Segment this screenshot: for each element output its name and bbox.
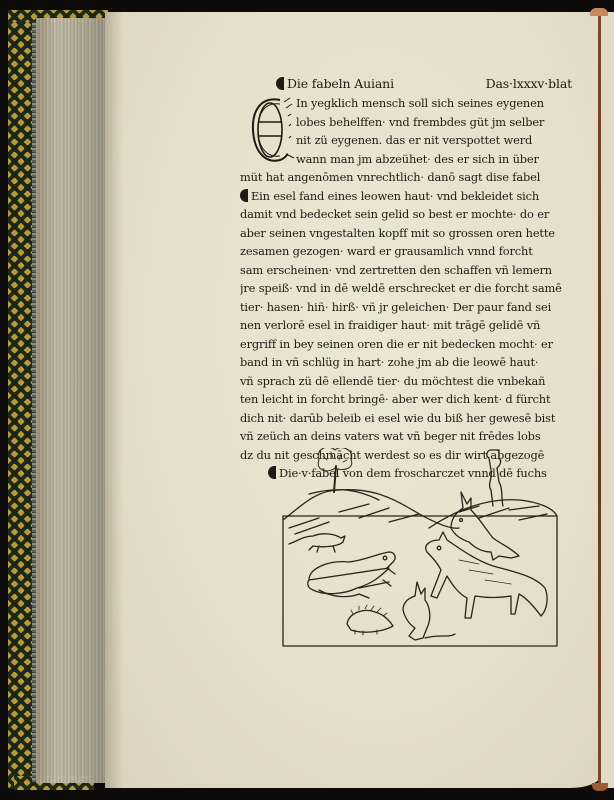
text-line: jre speiß· vnd in dē weldē erschrecket e…	[240, 279, 580, 298]
headband-bottom	[592, 783, 608, 791]
text-line: tier· hasen· hiñ· hirß· vñ jr geleichen·…	[240, 298, 580, 317]
woodcut-illustration	[279, 448, 561, 650]
facing-page-edge	[601, 12, 614, 788]
text-line: aber seinen vngestalten kopff mit so gro…	[240, 224, 580, 243]
paragraph-mark-icon	[240, 189, 248, 202]
text-line: vñ sprach zü dē ellendē tier· du möchtes…	[240, 372, 580, 391]
folio-number: Das·lxxxv·blat	[486, 76, 572, 91]
text-line: zesamen gezogen· ward er grausamlich vnn…	[240, 242, 580, 261]
text-block: Die fabeln Auiani Das·lxxxv·blat In yegk…	[240, 76, 580, 483]
running-head-left: Die fabeln Auiani	[276, 76, 394, 91]
book-binding-left	[8, 12, 34, 789]
running-head: Die fabeln Auiani Das·lxxxv·blat	[240, 76, 580, 94]
text-line: nen verlorē esel in fraidiger haut· mit …	[240, 316, 580, 335]
text-line: müt hat angenōmen vnrechtlich· danō sagt…	[240, 168, 580, 187]
page-stack-fore-edge	[36, 18, 106, 783]
text-line: sam erscheinen· vnd zertretten den schaf…	[240, 261, 580, 280]
woodcut-frame	[283, 516, 557, 646]
drop-cap-e-icon	[250, 94, 296, 166]
paragraph-mark-icon	[268, 466, 276, 479]
text-line: ergriff in bey seinen oren die er nit be…	[240, 335, 580, 354]
text-line: damit vnd bedecket sein gelid so best er…	[240, 205, 580, 224]
text-line: ten leicht in forcht bringē· aber wer di…	[240, 390, 580, 409]
text-line: vñ zeüch an deins vaters wat vñ beger ni…	[240, 427, 580, 446]
headband-top	[590, 8, 608, 16]
text-line: dich nit· darūb beleib ei esel wie du bi…	[240, 409, 580, 428]
paragraph-mark-icon	[276, 77, 284, 90]
text-line: band in vñ schlüg in hart· zohe jm ab di…	[240, 353, 580, 372]
text-line: Ein esel fand eines leowen haut· vnd bek…	[240, 187, 580, 206]
